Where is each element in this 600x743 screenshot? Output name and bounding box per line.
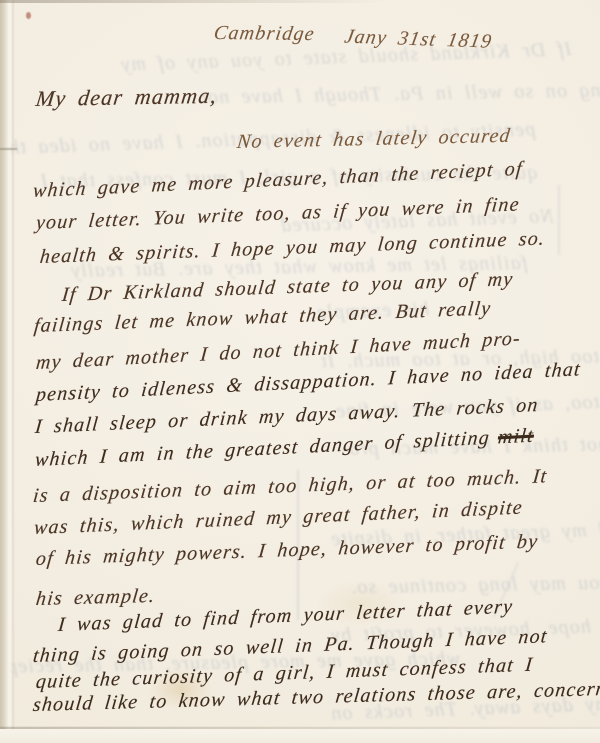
strikethrough-word: milt	[497, 425, 535, 449]
letter-line: his example.	[35, 585, 157, 611]
paper-top-edge	[0, 0, 600, 3]
letter-heading: Cambridge Jany 31st 1819	[212, 22, 494, 48]
ink-speck	[26, 12, 31, 19]
paper-bottom-edge	[0, 729, 600, 743]
paper-left-seam	[12, 0, 14, 743]
fold-crease	[558, 185, 560, 255]
letter-line: No event has lately occured	[236, 125, 512, 154]
letter-scan: If Dr Kirkland should state to you any o…	[0, 0, 600, 743]
heading-place: Cambridge	[212, 22, 316, 46]
salutation: My dear mamma,	[34, 83, 219, 112]
paper-edge-crack	[0, 148, 17, 150]
bleedthrough-line: thing is going on so well in Pa. Though …	[200, 78, 600, 110]
